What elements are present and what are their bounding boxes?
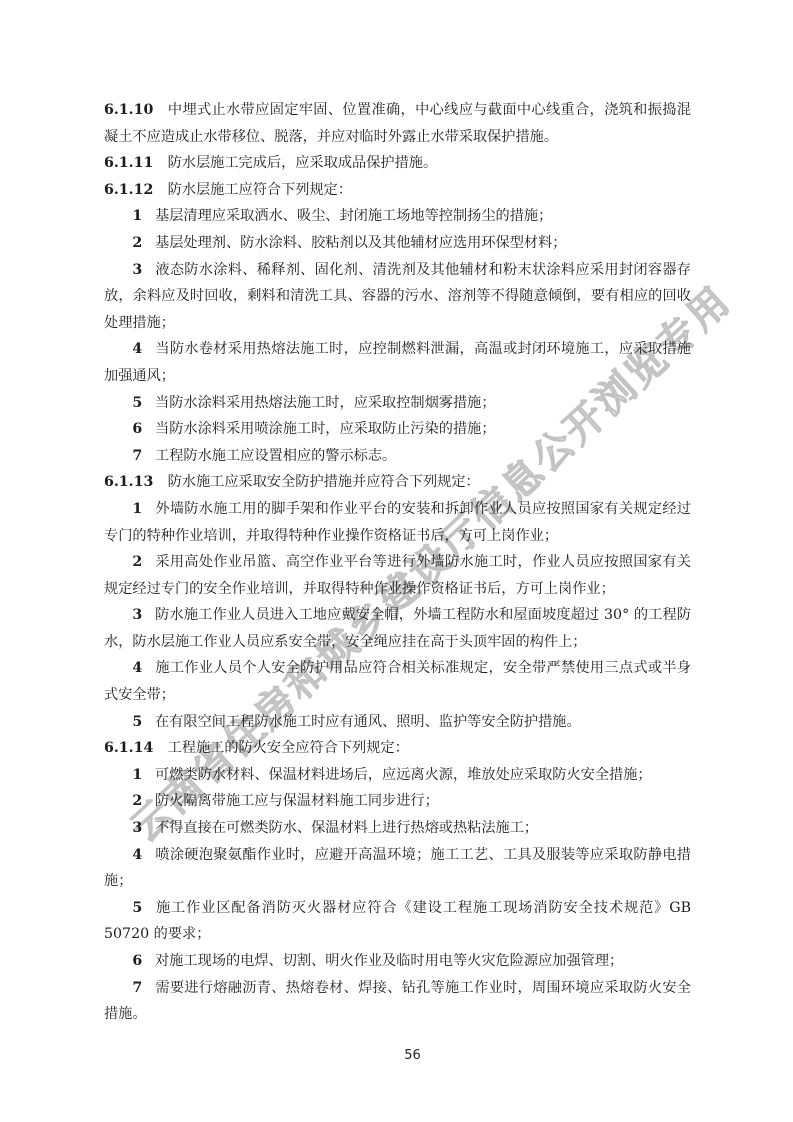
- item-number: 5: [132, 900, 142, 916]
- paragraph-text: 当防水涂料采用喷涂施工时，应采取防止污染的措施；: [155, 421, 496, 437]
- clause-paragraph: 6.1.12防水层施工应符合下列规定：: [104, 177, 691, 204]
- paragraph-text: 中埋式止水带应固定牢固、位置准确，中心线应与截面中心线重合，浇筑和振捣混凝土不应…: [104, 102, 691, 145]
- clause-paragraph: 6.1.14工程施工的防火安全应符合下列规定：: [104, 735, 691, 762]
- item-paragraph: 4喷涂硬泡聚氨酯作业时，应避开高温环境；施工工艺、工具及服装等应采取防静电措施；: [104, 842, 691, 895]
- paragraph-text: 防水施工应采取安全防护措施并应符合下列规定：: [168, 474, 480, 490]
- paragraph-text: 防水施工作业人员进入工地应戴安全帽，外墙工程防水和屋面坡度超过 30° 的工程防…: [104, 607, 691, 650]
- item-number: 4: [132, 341, 142, 357]
- document-body: 6.1.10中埋式止水带应固定牢固、位置准确，中心线应与截面中心线重合，浇筑和振…: [104, 97, 691, 1028]
- item-paragraph: 2防火隔离带施工应与保温材料施工同步进行；: [104, 788, 691, 815]
- item-number: 7: [132, 980, 142, 996]
- paragraph-text: 当防水涂料采用热熔法施工时，应采取控制烟雾措施；: [155, 395, 496, 411]
- item-number: 2: [132, 793, 142, 809]
- item-number: 6: [132, 421, 142, 437]
- paragraph-text: 外墙防水施工用的脚手架和作业平台的安装和拆卸作业人员应按照国家有关规定经过专门的…: [104, 501, 691, 544]
- paragraph-text: 施工作业区配备消防灭火器材应符合《建设工程施工现场消防安全技术规范》GB 507…: [104, 900, 691, 943]
- clause-number: 6.1.10: [104, 102, 153, 118]
- item-paragraph: 4施工作业人员个人安全防护用品应符合相关标准规定，安全带严禁使用三点式或半身式安…: [104, 655, 691, 708]
- item-paragraph: 7工程防水施工应设置相应的警示标志。: [104, 443, 691, 470]
- paragraph-text: 防火隔离带施工应与保温材料施工同步进行；: [155, 793, 439, 809]
- item-number: 3: [132, 820, 142, 836]
- clause-number: 6.1.11: [104, 155, 153, 171]
- paragraph-text: 工程防水施工应设置相应的警示标志。: [155, 448, 396, 464]
- paragraph-text: 可燃类防水材料、保温材料进场后，应远离火源，堆放处应采取防火安全措施；: [155, 767, 652, 783]
- item-paragraph: 2基层处理剂、防水涂料、胶粘剂以及其他辅材应选用环保型材料；: [104, 230, 691, 257]
- paragraph-text: 采用高处作业吊篮、高空作业平台等进行外墙防水施工时，作业人员应按照国家有关规定经…: [104, 554, 691, 597]
- paragraph-text: 需要进行熔融沥青、热熔卷材、焊接、钻孔等施工作业时，周围环境应采取防火安全措施。: [104, 980, 691, 1023]
- item-number: 1: [132, 208, 142, 224]
- clause-number: 6.1.13: [104, 474, 153, 490]
- page-number: 56: [0, 1048, 793, 1063]
- item-paragraph: 3液态防水涂料、稀释剂、固化剂、清洗剂及其他辅材和粉末状涂料应采用封闭容器存放，…: [104, 257, 691, 337]
- item-paragraph: 3防水施工作业人员进入工地应戴安全帽，外墙工程防水和屋面坡度超过 30° 的工程…: [104, 602, 691, 655]
- document-page: 云南省住房和城乡建设厅信息公开浏览专用 6.1.10中埋式止水带应固定牢固、位置…: [0, 0, 793, 1122]
- paragraph-text: 不得直接在可燃类防水、保温材料上进行热熔或热粘法施工；: [155, 820, 538, 836]
- item-paragraph: 5在有限空间工程防水施工时应有通风、照明、监护等安全防护措施。: [104, 709, 691, 736]
- paragraph-text: 防水层施工应符合下列规定：: [168, 182, 352, 198]
- paragraph-text: 基层处理剂、防水涂料、胶粘剂以及其他辅材应选用环保型材料；: [155, 235, 566, 251]
- paragraph-text: 当防水卷材采用热熔法施工时，应控制燃料泄漏，高温或封闭环境施工，应采取措施加强通…: [104, 341, 691, 384]
- item-paragraph: 1可燃类防水材料、保温材料进场后，应远离火源，堆放处应采取防火安全措施；: [104, 762, 691, 789]
- clause-paragraph: 6.1.10中埋式止水带应固定牢固、位置准确，中心线应与截面中心线重合，浇筑和振…: [104, 97, 691, 150]
- item-number: 2: [132, 554, 142, 570]
- paragraph-text: 施工作业人员个人安全防护用品应符合相关标准规定，安全带严禁使用三点式或半身式安全…: [104, 660, 691, 703]
- item-paragraph: 2采用高处作业吊篮、高空作业平台等进行外墙防水施工时，作业人员应按照国家有关规定…: [104, 549, 691, 602]
- paragraph-text: 对施工现场的电焊、切割、明火作业及临时用电等火灾危险源应加强管理；: [155, 953, 623, 969]
- item-number: 2: [132, 235, 142, 251]
- item-number: 1: [132, 767, 142, 783]
- item-number: 5: [132, 395, 142, 411]
- item-number: 4: [132, 847, 142, 863]
- item-paragraph: 4当防水卷材采用热熔法施工时，应控制燃料泄漏，高温或封闭环境施工，应采取措施加强…: [104, 336, 691, 389]
- paragraph-text: 防水层施工完成后，应采取成品保护措施。: [168, 155, 438, 171]
- item-paragraph: 3不得直接在可燃类防水、保温材料上进行热熔或热粘法施工；: [104, 815, 691, 842]
- item-paragraph: 5当防水涂料采用热熔法施工时，应采取控制烟雾措施；: [104, 390, 691, 417]
- item-number: 1: [132, 501, 142, 517]
- paragraph-text: 液态防水涂料、稀释剂、固化剂、清洗剂及其他辅材和粉末状涂料应采用封闭容器存放，余…: [104, 262, 691, 331]
- paragraph-text: 喷涂硬泡聚氨酯作业时，应避开高温环境；施工工艺、工具及服装等应采取防静电措施；: [104, 847, 691, 890]
- item-number: 6: [132, 953, 142, 969]
- item-paragraph: 6对施工现场的电焊、切割、明火作业及临时用电等火灾危险源应加强管理；: [104, 948, 691, 975]
- item-paragraph: 1外墙防水施工用的脚手架和作业平台的安装和拆卸作业人员应按照国家有关规定经过专门…: [104, 496, 691, 549]
- item-paragraph: 1基层清理应采取洒水、吸尘、封闭施工场地等控制扬尘的措施；: [104, 203, 691, 230]
- item-number: 4: [132, 660, 142, 676]
- item-paragraph: 6当防水涂料采用喷涂施工时，应采取防止污染的措施；: [104, 416, 691, 443]
- item-paragraph: 7需要进行熔融沥青、热熔卷材、焊接、钻孔等施工作业时，周围环境应采取防火安全措施…: [104, 975, 691, 1028]
- item-number: 7: [132, 448, 142, 464]
- clause-paragraph: 6.1.13防水施工应采取安全防护措施并应符合下列规定：: [104, 469, 691, 496]
- item-number: 3: [132, 262, 142, 278]
- clause-paragraph: 6.1.11防水层施工完成后，应采取成品保护措施。: [104, 150, 691, 177]
- paragraph-text: 在有限空间工程防水施工时应有通风、照明、监护等安全防护措施。: [155, 714, 581, 730]
- paragraph-text: 基层清理应采取洒水、吸尘、封闭施工场地等控制扬尘的措施；: [155, 208, 552, 224]
- item-number: 3: [132, 607, 142, 623]
- clause-number: 6.1.14: [104, 740, 153, 756]
- clause-number: 6.1.12: [104, 182, 153, 198]
- item-paragraph: 5施工作业区配备消防灭火器材应符合《建设工程施工现场消防安全技术规范》GB 50…: [104, 895, 691, 948]
- paragraph-text: 工程施工的防火安全应符合下列规定：: [168, 740, 409, 756]
- item-number: 5: [132, 714, 142, 730]
